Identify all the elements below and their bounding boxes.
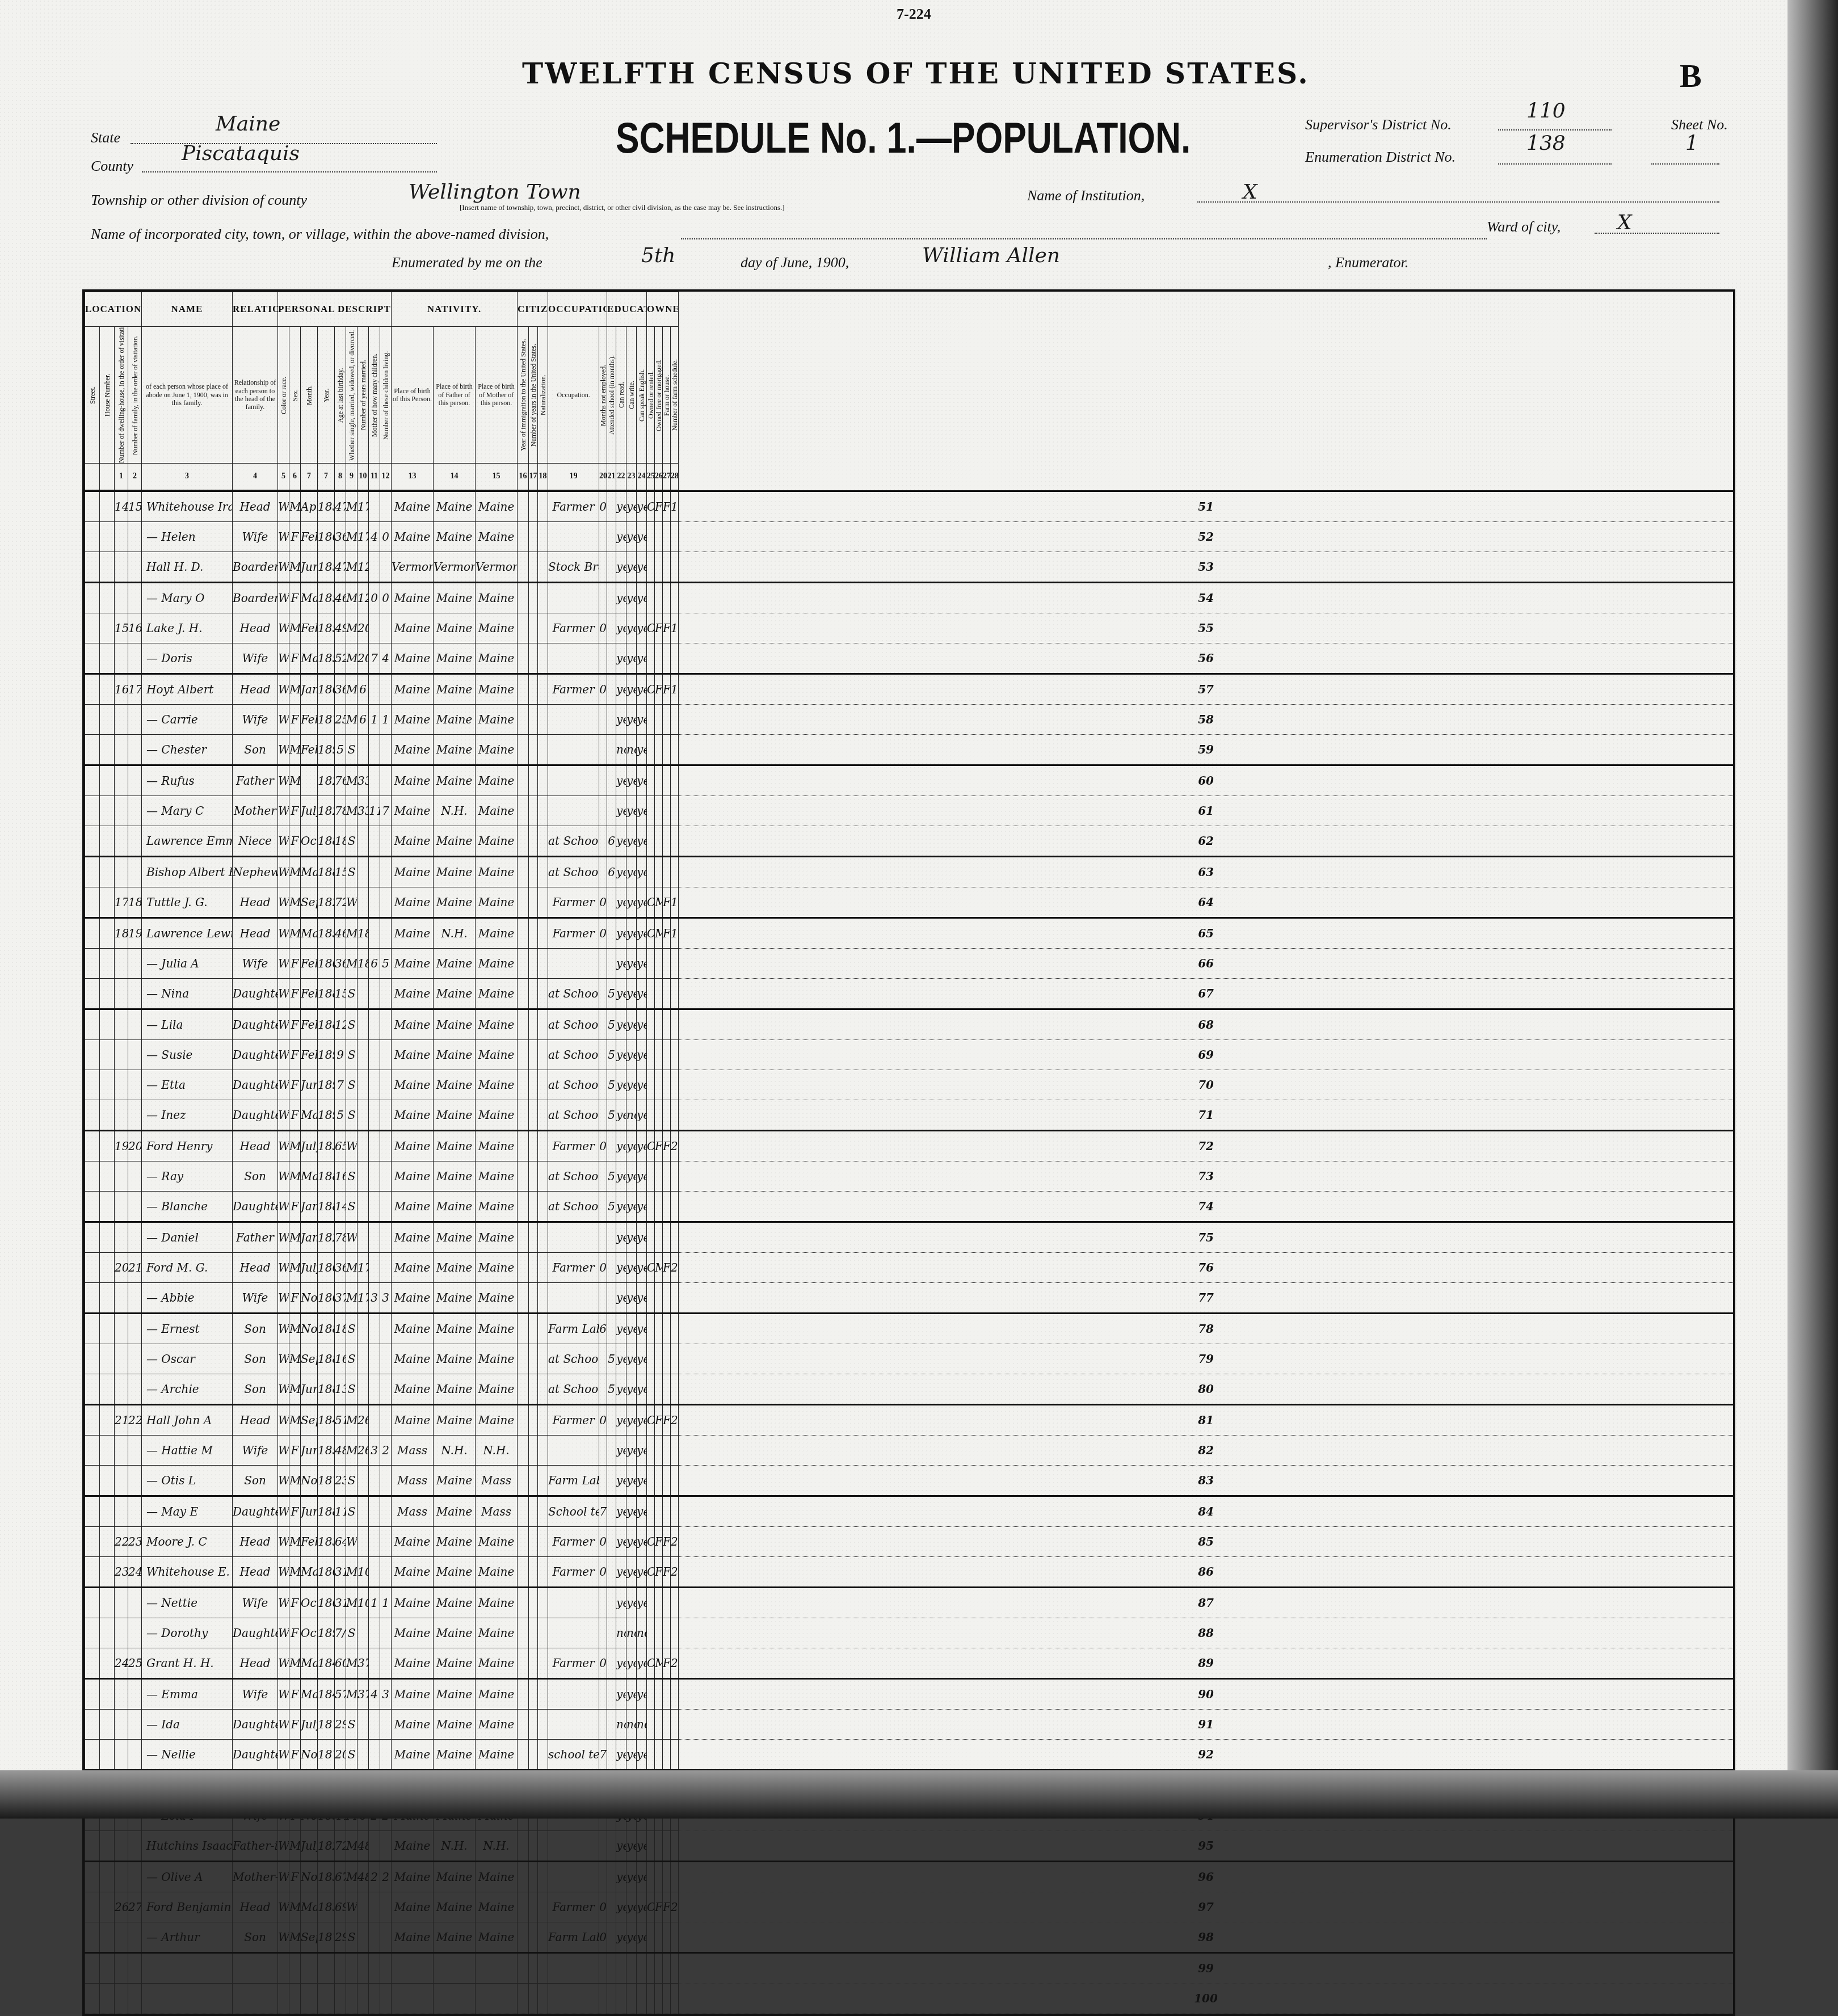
column-number: 28 (671, 464, 679, 491)
cell-fh: F (663, 1648, 671, 1679)
col-occupation: Occupation. (548, 327, 599, 464)
table-row: 1819Lawrence LewisHeadWMMay185446M18Main… (85, 918, 1734, 949)
cell-age: 9 (335, 1040, 346, 1070)
cell-occ: at School (548, 979, 599, 1009)
cell-pb: Maine (392, 1557, 434, 1588)
cell-pbm: Maine (476, 1344, 518, 1374)
cell-mc (369, 1040, 380, 1070)
cell-occ: Farmer (548, 1527, 599, 1557)
cell-empty (538, 1648, 548, 1679)
cell-yr: 1823 (318, 765, 335, 796)
cell-sex: F (289, 1283, 301, 1314)
cell-empty (538, 1040, 548, 1070)
cell-occ (548, 765, 599, 796)
cell-empty (518, 735, 529, 765)
cell-fm (655, 765, 663, 796)
cell-mne (599, 796, 607, 826)
col-age: Age at last birthday. (335, 327, 346, 464)
cell-empty (100, 1436, 115, 1466)
cell-fm (655, 1344, 663, 1374)
cell-name: — Inez (142, 1100, 233, 1131)
cell-mo: Feb (301, 705, 318, 735)
sheet-label: Sheet No. (1671, 116, 1728, 133)
cell-wr: yes (626, 552, 637, 583)
cell-empty (529, 1009, 538, 1040)
cell-rel: Son (233, 1466, 278, 1496)
cell-empty (100, 1222, 115, 1253)
column-number: 11 (369, 464, 380, 491)
cell-wr: yes (626, 1283, 637, 1314)
cell-own (647, 949, 655, 979)
cell-pbf: Maine (434, 857, 476, 887)
cell-pbf: Maine (434, 1161, 476, 1192)
col-can-speak-english: Can speak English. (637, 327, 647, 464)
cell-occ (548, 522, 599, 552)
cell-mne: 7 (599, 1740, 607, 1770)
cell-name: — Susie (142, 1040, 233, 1070)
cell-sex: M (289, 1527, 301, 1557)
cell-occ (548, 1222, 599, 1253)
cell-own (647, 796, 655, 826)
column-number: 17 (529, 464, 538, 491)
cell-empty (538, 1314, 548, 1344)
cell-wr: no (626, 1618, 637, 1648)
cell-yr: 1895 (318, 1100, 335, 1131)
cell-pbf: Maine (434, 1710, 476, 1740)
cell-empty (538, 674, 548, 705)
line-number: 53 (679, 552, 1733, 583)
cell-pbf: Maine (434, 674, 476, 705)
cell-ym (357, 857, 369, 887)
cell-fh (663, 1374, 671, 1405)
cell-mo: Nov (301, 1466, 318, 1496)
cell-sex: F (289, 979, 301, 1009)
cell-fam: 17 (128, 674, 142, 705)
cell-yr: 1854 (318, 918, 335, 949)
cell-fam (128, 583, 142, 613)
cell-race: W (278, 674, 289, 705)
col-color: Color or race. (278, 327, 289, 464)
cell-empty (529, 705, 538, 735)
cell-ym (357, 1527, 369, 1557)
cell-pb: Mass (392, 1436, 434, 1466)
cell-empty (538, 1344, 548, 1374)
county-label: County (91, 158, 133, 175)
cell-rel: Father (233, 1222, 278, 1253)
cell-fh (663, 1222, 671, 1253)
cell-en: no (637, 1710, 647, 1740)
cell-sch: 6 (607, 857, 616, 887)
col-sex: Sex. (289, 327, 301, 464)
cell-empty (85, 1710, 100, 1740)
cell-fam (128, 1161, 142, 1192)
cell-rel: Father (233, 765, 278, 796)
cell-wr: yes (626, 674, 637, 705)
cell-mne (599, 1009, 607, 1040)
cell-wr: yes (626, 796, 637, 826)
cell-cl (380, 491, 392, 522)
cell-empty (85, 1009, 100, 1040)
institution-line (1197, 201, 1719, 203)
cell-mne: 0 (599, 1253, 607, 1283)
cell-fm (655, 949, 663, 979)
cell-empty (529, 826, 538, 857)
cell-pbm: Maine (476, 1131, 518, 1161)
cell-en: yes (637, 979, 647, 1009)
cell-wr: yes (626, 1588, 637, 1618)
cell-age: 36 (335, 949, 346, 979)
cell-age: 52 (335, 643, 346, 674)
township-label: Township or other division of county (91, 192, 307, 209)
cell-occ (548, 705, 599, 735)
cell-empty (529, 765, 538, 796)
county-line (142, 171, 437, 172)
table-row: 1617Hoyt AlbertHeadWMJan186336M6MaineMai… (85, 674, 1734, 705)
cell-occ: Farmer (548, 491, 599, 522)
cell-rel: Head (233, 918, 278, 949)
cell-age: 72 (335, 887, 346, 918)
cell-cl (380, 1314, 392, 1344)
cell-sch: 5 (607, 1192, 616, 1222)
cell-fm (655, 1618, 663, 1648)
cell-mo: June (301, 552, 318, 583)
column-number: 15 (476, 464, 518, 491)
cell-cl: 5 (380, 949, 392, 979)
supervisor-value: 110 (1526, 99, 1566, 123)
line-number: 65 (679, 918, 1733, 949)
cell-occ: Farmer (548, 887, 599, 918)
cell-empty (518, 1009, 529, 1040)
cell-rel: Son (233, 1344, 278, 1374)
cell-occ: at School (548, 1374, 599, 1405)
cell-empty (100, 826, 115, 857)
cell-sex: M (289, 1466, 301, 1496)
cell-occ (548, 1436, 599, 1466)
cell-race: W (278, 1740, 289, 1770)
table-row: — Otis LSonWMNov187623SMassMaineMassFarm… (85, 1466, 1734, 1496)
cell-fs (671, 1070, 679, 1100)
cell-fm: M (655, 1253, 663, 1283)
cell-fs (671, 522, 679, 552)
cell-fam (128, 705, 142, 735)
cell-race: W (278, 1648, 289, 1679)
cell-empty (538, 1557, 548, 1588)
cell-rd: yes (616, 674, 626, 705)
cell-occ (548, 1710, 599, 1740)
cell-occ (548, 583, 599, 613)
cell-pbm: Maine (476, 918, 518, 949)
cell-pbm: Maine (476, 1557, 518, 1588)
cell-name: — Ray (142, 1161, 233, 1192)
cell-rd: yes (616, 1222, 626, 1253)
col-can-read: Can read. (616, 327, 626, 464)
cell-dw: 18 (115, 918, 128, 949)
cell-race: W (278, 613, 289, 643)
line-number: 72 (679, 1131, 1733, 1161)
cell-cl (380, 1557, 392, 1588)
cell-own: O (647, 1405, 655, 1436)
cell-fs (671, 643, 679, 674)
cell-empty (85, 1466, 100, 1496)
cell-sch (607, 643, 616, 674)
cell-empty (538, 1100, 548, 1131)
cell-mc (369, 1009, 380, 1040)
cell-sex: F (289, 1070, 301, 1100)
cell-empty (518, 1100, 529, 1131)
cell-pb: Maine (392, 979, 434, 1009)
cell-rel: Niece (233, 826, 278, 857)
cell-cl: 3 (380, 1679, 392, 1710)
cell-en: yes (637, 1405, 647, 1436)
cell-occ: Farmer (548, 918, 599, 949)
line-number: 62 (679, 826, 1733, 857)
cell-pbm: Maine (476, 826, 518, 857)
cell-cl: 0 (380, 522, 392, 552)
cell-empty (529, 1436, 538, 1466)
cell-sex: F (289, 826, 301, 857)
line-number: 84 (679, 1496, 1733, 1527)
cell-rel: Son (233, 735, 278, 765)
cell-pbf: Maine (434, 1527, 476, 1557)
cell-sex: F (289, 1588, 301, 1618)
cell-ym (357, 1040, 369, 1070)
cell-pbf: Maine (434, 1648, 476, 1679)
cell-ym (357, 1740, 369, 1770)
cell-ym (357, 1131, 369, 1161)
cell-pbf: Maine (434, 1740, 476, 1770)
cell-empty (85, 1070, 100, 1100)
cell-empty (538, 552, 548, 583)
cell-sch (607, 705, 616, 735)
table-row: — DorothyDaughterWFOct18997/12SMaineMain… (85, 1618, 1734, 1648)
cell-occ: school teacher (548, 1740, 599, 1770)
cell-mo: Feb (301, 1040, 318, 1070)
cell-empty (518, 826, 529, 857)
cell-age: 47 (335, 552, 346, 583)
cell-fm (655, 1283, 663, 1314)
state-label: State (91, 129, 120, 146)
cell-mne (599, 735, 607, 765)
cell-rel: Head (233, 1405, 278, 1436)
cell-wr: yes (626, 1192, 637, 1222)
cell-pb: Maine (392, 857, 434, 887)
cell-empty (100, 613, 115, 643)
cell-age: 60 (335, 1648, 346, 1679)
cell-rd: yes (616, 796, 626, 826)
cell-yr: 1875 (318, 705, 335, 735)
cell-rd: yes (616, 705, 626, 735)
cell-rel: Wife (233, 1436, 278, 1466)
cell-fam (128, 1618, 142, 1648)
cell-en: yes (637, 1253, 647, 1283)
cell-empty (518, 491, 529, 522)
table-row: — ErnestSonWMNov188118SMaineMaineMaineFa… (85, 1314, 1734, 1344)
cell-age: 36 (335, 522, 346, 552)
cell-mo: Feb (301, 1009, 318, 1040)
cell-pbm: Maine (476, 491, 518, 522)
cell-empty (538, 1496, 548, 1527)
cell-pbf: Maine (434, 1618, 476, 1648)
cell-mc (369, 674, 380, 705)
cell-pbm: Maine (476, 1009, 518, 1040)
cell-yr: 1822 (318, 1222, 335, 1253)
cell-rd: yes (616, 1405, 626, 1436)
cell-fs: 16 (671, 613, 679, 643)
cell-own (647, 1679, 655, 1710)
cell-rd: yes (616, 1557, 626, 1588)
cell-empty (100, 705, 115, 735)
cell-pbf: Maine (434, 1466, 476, 1496)
column-number: 19 (548, 464, 599, 491)
cell-sex: F (289, 1100, 301, 1131)
cell-ym: 37 (357, 1679, 369, 1710)
cell-mc (369, 887, 380, 918)
cell-en: yes (637, 1679, 647, 1710)
cell-empty (538, 1710, 548, 1740)
cell-empty (529, 491, 538, 522)
cell-rel: Daughter (233, 1192, 278, 1222)
cell-dw (115, 1374, 128, 1405)
cell-own (647, 1436, 655, 1466)
cell-ms: M (346, 552, 357, 583)
table-row: — CarrieWifeWFFeb187525M611MaineMaineMai… (85, 705, 1734, 735)
form-number: 7-224 (897, 6, 931, 23)
cell-sex: F (289, 1496, 301, 1527)
cell-age: 5 (335, 735, 346, 765)
cell-mne (599, 1710, 607, 1740)
cell-ms: Wd (346, 887, 357, 918)
cell-race: W (278, 1070, 289, 1100)
cell-ym (357, 1222, 369, 1253)
cell-empty (85, 1374, 100, 1405)
cell-rd: yes (616, 887, 626, 918)
cell-empty (538, 1436, 548, 1466)
cell-rd: yes (616, 1679, 626, 1710)
cell-empty (85, 705, 100, 735)
cell-own (647, 522, 655, 552)
cell-own: O (647, 1131, 655, 1161)
line-number: 67 (679, 979, 1733, 1009)
cell-ym: 17 (357, 491, 369, 522)
cell-occ: Farmer (548, 1253, 599, 1283)
cell-mc (369, 1710, 380, 1740)
cell-own (647, 1192, 655, 1222)
cell-yr: 1895 (318, 735, 335, 765)
cell-cl: 7 (380, 796, 392, 826)
cell-dw: 19 (115, 1131, 128, 1161)
cell-en: yes (637, 1496, 647, 1527)
cell-mne: 0 (599, 1527, 607, 1557)
cell-own (647, 1374, 655, 1405)
cell-wr: yes (626, 1070, 637, 1100)
group-citizenship: CITIZENSHIP. (518, 292, 548, 327)
cell-mc (369, 491, 380, 522)
cell-mne (599, 705, 607, 735)
table-row: — HelenWifeWFFeb186436M1740MaineMaineMai… (85, 522, 1734, 552)
table-row: — EmmaWifeWFMay184357M3743MaineMaineMain… (85, 1679, 1734, 1710)
cell-fs: 22 (671, 1405, 679, 1436)
cell-fs (671, 705, 679, 735)
cell-en: yes (637, 735, 647, 765)
cell-race: W (278, 1588, 289, 1618)
cell-rel: Daughter (233, 1740, 278, 1770)
cell-mo: Oct (301, 826, 318, 857)
cell-empty (85, 552, 100, 583)
scan-edge-right (1787, 0, 1838, 1819)
cell-empty (85, 1648, 100, 1679)
cell-fh: F (663, 613, 671, 643)
cell-name: — Rufus (142, 765, 233, 796)
cell-yr: 1879 (318, 1740, 335, 1770)
cell-fm (655, 1710, 663, 1740)
cell-en: yes (637, 491, 647, 522)
cell-pb: Maine (392, 522, 434, 552)
column-number: 2 (128, 464, 142, 491)
table-row: — Julia AWifeWFFeb186436M1865MaineMaineM… (85, 949, 1734, 979)
cell-age: 15 (335, 857, 346, 887)
cell-occ: at School (548, 1344, 599, 1374)
col-can-write: Can write. (626, 327, 637, 464)
cell-pbm: Maine (476, 1374, 518, 1405)
cell-fh (663, 1466, 671, 1496)
cell-pbm: Maine (476, 1740, 518, 1770)
cell-fam: 21 (128, 1253, 142, 1283)
cell-empty (100, 887, 115, 918)
cell-mne (599, 1070, 607, 1100)
cell-sex: F (289, 1009, 301, 1040)
cell-fm (655, 1466, 663, 1496)
cell-empty (538, 1466, 548, 1496)
cell-empty (100, 583, 115, 613)
cell-mc (369, 1496, 380, 1527)
cell-empty (85, 1192, 100, 1222)
cell-rel: Son (233, 1314, 278, 1344)
cell-fm (655, 1192, 663, 1222)
cell-ym: 33 (357, 796, 369, 826)
cell-own: O (647, 1253, 655, 1283)
cell-empty (529, 1557, 538, 1588)
cell-race: W (278, 1161, 289, 1192)
group-relation: RELATION. (233, 292, 278, 327)
cell-empty (538, 522, 548, 552)
cell-own (647, 857, 655, 887)
cell-mne (599, 949, 607, 979)
cell-rd: yes (616, 1100, 626, 1131)
cell-fs (671, 1009, 679, 1040)
cell-empty (538, 1405, 548, 1436)
cell-rd: yes (616, 1070, 626, 1100)
cell-fs (671, 857, 679, 887)
cell-race: W (278, 1131, 289, 1161)
cell-rel: Wife (233, 522, 278, 552)
cell-pbf: Maine (434, 1192, 476, 1222)
cell-empty (85, 491, 100, 522)
cell-mo: July (301, 796, 318, 826)
cell-mc (369, 1557, 380, 1588)
cell-cl (380, 1040, 392, 1070)
cell-yr: 1886 (318, 1374, 335, 1405)
schedule-title: SCHEDULE No. 1.—POPULATION. (616, 113, 1191, 163)
line-number: 91 (679, 1710, 1733, 1740)
cell-fam (128, 1070, 142, 1100)
cell-occ: Farmer (548, 1131, 599, 1161)
sheet-value: 1 (1685, 132, 1698, 155)
cell-mo: May (301, 643, 318, 674)
cell-mne (599, 583, 607, 613)
cell-sex: M (289, 1253, 301, 1283)
cell-yr: 1876 (318, 1466, 335, 1496)
cell-wr: yes (626, 1679, 637, 1710)
